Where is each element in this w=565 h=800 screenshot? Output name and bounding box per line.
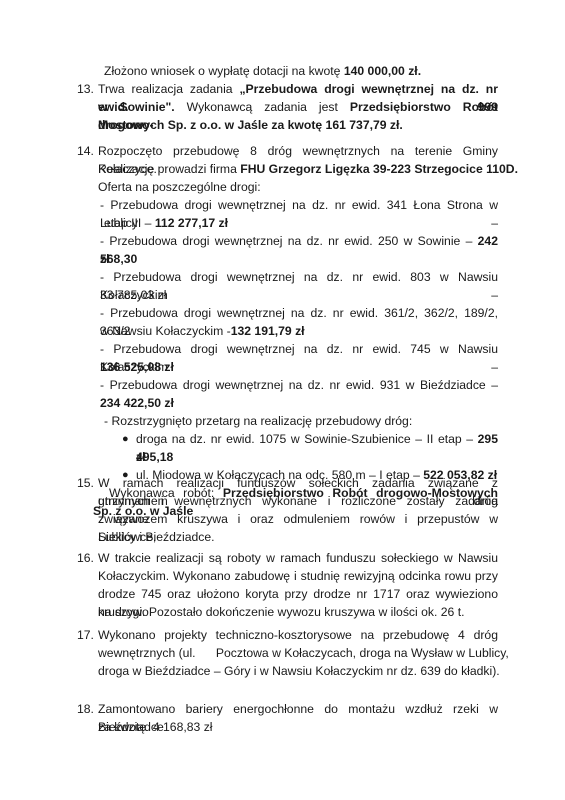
amount: 234 422,50 zł [100, 396, 174, 410]
road-entry-amount: etap III – 112 277,17 zł [104, 214, 228, 232]
road-entry-amount: 234 422,50 zł [100, 394, 174, 412]
amount: 136 525,08 zł [100, 360, 174, 374]
tender-line: - Rozstrzygnięto przetarg na realizację … [104, 412, 412, 430]
amount: 132 191,79 zł [231, 324, 305, 338]
item-17-line: Wykonano projekty techniczno-kosztorysow… [98, 626, 498, 644]
item-18-line: za kwotę 4 168,83 zł [98, 718, 213, 736]
text: droga na dz. nr ewid. 1075 w Sowinie-Szu… [136, 432, 478, 446]
item-17-line: droga w Bieździadce – Góry i w Nawsiu Ko… [98, 662, 500, 680]
text: Trwa realizacja zadania [98, 82, 239, 96]
road-entry-amount: w Nawsiu Kołaczyckim -132 191,79 zł [100, 322, 305, 340]
contractor-firm: FHU Grzegorz Ligęzka 39-223 Strzegocice … [240, 162, 518, 176]
amount: zł [100, 252, 109, 266]
task-title-end: w Sowinie". [98, 100, 175, 114]
intro-amount: 140 000,00 zł. [344, 64, 421, 78]
item-13-line-3: Mostowych Sp. z o.o. w Jaśle za kwotę 16… [98, 116, 403, 134]
text: - Przebudowa drogi wewnętrznej na dz. nr… [100, 234, 478, 248]
item-number: 17. [77, 626, 94, 644]
item-number: 18. [77, 700, 94, 718]
item-14-line-3: Oferta na poszczególne drogi: [98, 178, 261, 196]
intro-text: Złożono wniosek o wypłatę dotacji na kwo… [104, 64, 344, 78]
item-16-line: W trakcie realizacji są roboty w ramach … [98, 549, 498, 567]
text: Wykonawcą zadania jest [175, 100, 350, 114]
amount: 112 277,17 zł [155, 216, 228, 230]
amount: zł [136, 450, 145, 464]
road-entry-amount: 33 785,03 zł [100, 286, 166, 304]
item-number: 13. [77, 80, 94, 98]
road-entry: - Przebudowa drogi wewnętrznej na dz. nr… [100, 376, 498, 394]
road-entry-amount: zł [100, 250, 109, 268]
contractor-amount: Mostowych Sp. z o.o. w Jaśle za kwotę 16… [98, 118, 403, 132]
road-entry: - Przebudowa drogi wewnętrznej na dz. nr… [100, 232, 498, 268]
item-16-line: Kołaczyckim. Wykonano zabudowę i studnię… [98, 567, 498, 585]
road-entry-amount: 136 525,08 zł [100, 358, 174, 376]
item-17-line: wewnętrznych (ul. Pocztowa w Kołaczycach… [98, 644, 498, 662]
bullet-icon: ● [122, 430, 129, 448]
text: etap III – [104, 216, 155, 230]
item-number: 16. [77, 549, 94, 567]
item-14-line-2: Realizację prowadzi firma FHU Grzegorz L… [98, 160, 518, 178]
item-15-line: Lublicy i Bieździadce. [98, 528, 215, 546]
tender-bullet-cont: zł [136, 448, 145, 466]
text: Realizację prowadzi firma [98, 162, 240, 176]
item-number: 14. [77, 142, 94, 160]
intro-line: Złożono wniosek o wypłatę dotacji na kwo… [104, 62, 421, 80]
item-number: 15. [77, 474, 94, 492]
text: w Nawsiu Kołaczyckim - [100, 324, 231, 338]
tender-bullet: droga na dz. nr ewid. 1075 w Sowinie-Szu… [136, 430, 498, 466]
item-16-line: na drogi. Pozostało dokończenie wywozu k… [98, 603, 464, 621]
